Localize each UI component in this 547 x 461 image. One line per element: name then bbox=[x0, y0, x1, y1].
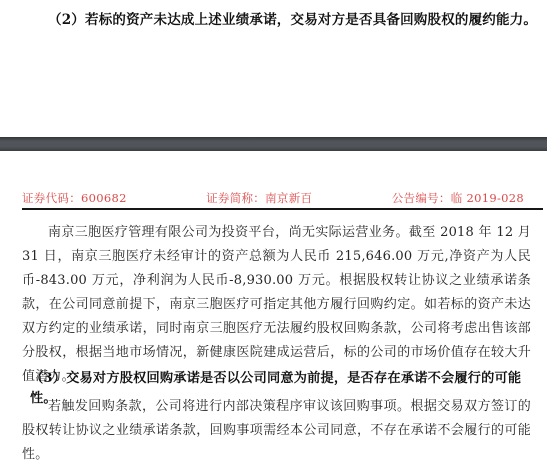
page-divider-bar bbox=[0, 137, 547, 151]
section-2-heading: （2）若标的资产未达成上述业绩承诺，交易对方是否具备回购股权的履约能力。 bbox=[48, 10, 541, 30]
header-horizontal-rule bbox=[22, 208, 543, 210]
announcement-document-page: （2）若标的资产未达成上述业绩承诺，交易对方是否具备回购股权的履约能力。 证券代… bbox=[0, 0, 547, 461]
paragraph-repurchase-commitment: 若触发回购条款，公司将进行内部决策程序审议该回购事项。根据交易双方签订的股权转让… bbox=[22, 395, 531, 461]
paragraph-medical-platform: 南京三胞医疗管理有限公司为投资平台，尚无实际运营业务。截至 2018 年 12 … bbox=[22, 221, 531, 389]
securities-header-row: 证券代码：600682 证券简称：南京新百 公告编号：临 2019-028 bbox=[22, 191, 524, 205]
announcement-number-label: 公告编号：临 2019-028 bbox=[392, 191, 524, 205]
stock-code-label: 证券代码：600682 bbox=[22, 191, 127, 205]
stock-short-name-label: 证券简称：南京新百 bbox=[206, 191, 312, 205]
